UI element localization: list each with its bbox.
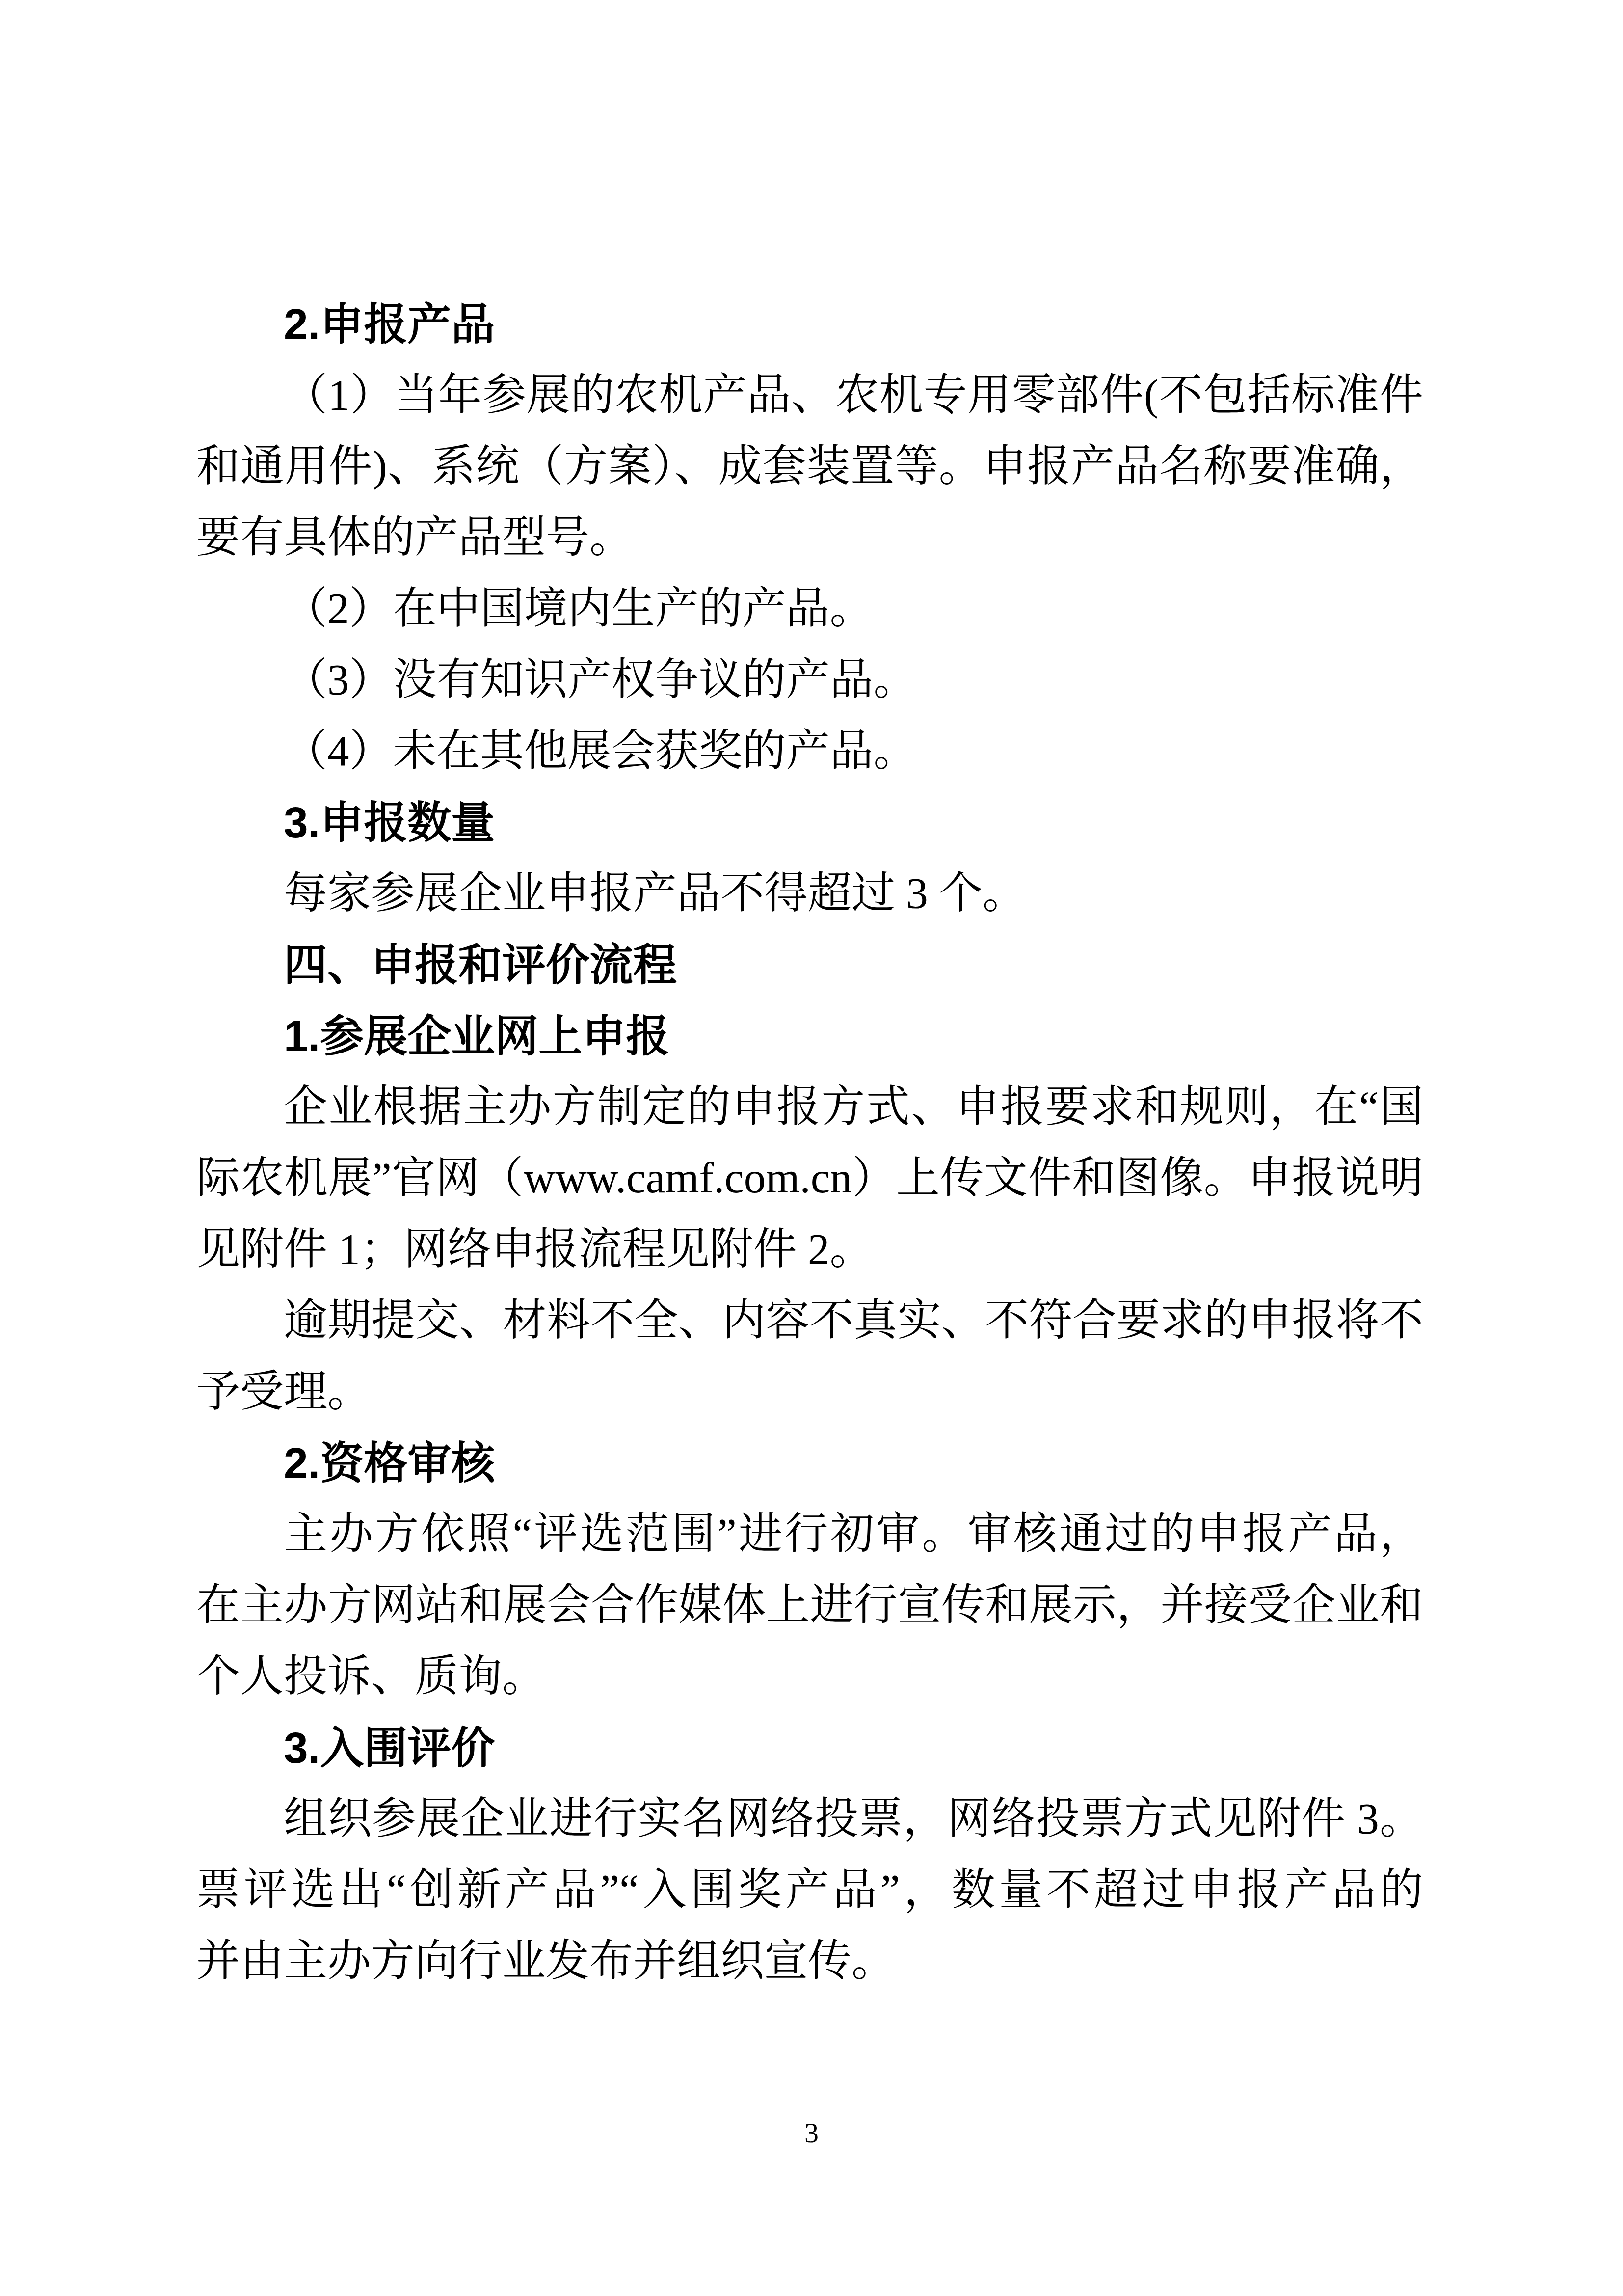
text-line: 在主办方网站和展会合作媒体上进行宣传和展示，并接受企业和 (196, 1570, 1423, 1641)
text-line: （2）在中国境内生产的产品。 (196, 573, 1423, 645)
text-line: 逾期提交、材料不全、内容不真实、不符合要求的申报将不 (196, 1285, 1423, 1356)
text-line: 企业根据主办方制定的申报方式、申报要求和规则，在“国 (196, 1072, 1423, 1143)
text-line: 和通用件)、系统（方案）、成套装置等。申报产品名称要准确， (196, 431, 1423, 502)
heading-shortlist-evaluation: 3.入围评价 (196, 1712, 1423, 1783)
text-line: 票评选出“创新产品”“入围奖产品”，数量不超过申报产品的 20%， (196, 1855, 1423, 1926)
document-body: 2.申报产品 （1）当年参展的农机产品、农机专用零部件(不包括标准件 和通用件)… (196, 289, 1423, 1997)
text-line: （3）没有知识产权争议的产品。 (196, 645, 1423, 716)
heading-declaration-quantity: 3.申报数量 (196, 787, 1423, 858)
page-number: 3 (0, 2116, 1623, 2150)
document-page: 2.申报产品 （1）当年参展的农机产品、农机专用零部件(不包括标准件 和通用件)… (0, 0, 1623, 2296)
heading-declare-products: 2.申报产品 (196, 289, 1423, 360)
text-line: 并由主办方向行业发布并组织宣传。 (196, 1926, 1423, 1997)
text-line: 见附件 1；网络申报流程见附件 2。 (196, 1214, 1423, 1285)
text-line: （1）当年参展的农机产品、农机专用零部件(不包括标准件 (196, 360, 1423, 431)
heading-qualification-review: 2.资格审核 (196, 1428, 1423, 1499)
heading-online-declaration: 1.参展企业网上申报 (196, 1000, 1423, 1072)
text-line: （4）未在其他展会获奖的产品。 (196, 716, 1423, 787)
text-line: 予受理。 (196, 1356, 1423, 1428)
text-line: 组织参展企业进行实名网络投票，网络投票方式见附件 3。投 (196, 1783, 1423, 1855)
text-line: 主办方依照“评选范围”进行初审。审核通过的申报产品， (196, 1499, 1423, 1570)
text-line: 个人投诉、质询。 (196, 1641, 1423, 1712)
text-line: 要有具体的产品型号。 (196, 502, 1423, 573)
text-line: 每家参展企业申报产品不得超过 3 个。 (196, 858, 1423, 929)
heading-declaration-evaluation-process: 四、申报和评价流程 (196, 929, 1423, 1000)
text-line-with-url: 际农机展”官网（www.camf.com.cn）上传文件和图像。申报说明 (196, 1143, 1423, 1214)
